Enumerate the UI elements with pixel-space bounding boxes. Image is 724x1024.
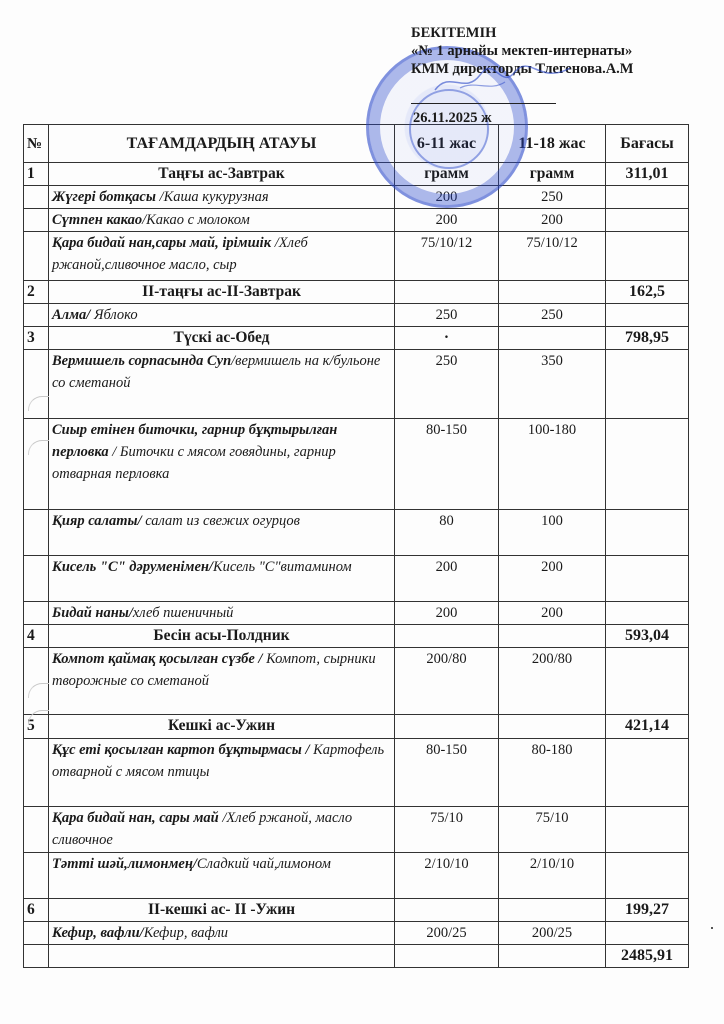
- dish-number-cell: [24, 648, 49, 715]
- section-number: 4: [24, 625, 49, 648]
- dish-name-kz: Компот қаймақ қосылған сүзбе /: [52, 651, 262, 667]
- section-unit-11-18: [499, 715, 606, 739]
- section-unit-6-11: [395, 625, 499, 648]
- dish-number-cell: [24, 186, 49, 209]
- dish-portion-11-18: 200/25: [499, 922, 606, 945]
- dish-name: Қара бидай нан,сары май, ірімшік /Хлеб р…: [49, 232, 395, 281]
- dish-portion-11-18: 250: [499, 304, 606, 327]
- dish-number-cell: [24, 304, 49, 327]
- dish-name: Алма/ Яблоко: [49, 304, 395, 327]
- dish-price-cell: [606, 209, 689, 232]
- section-unit-11-18: [499, 281, 606, 304]
- dish-portion-6-11: 200: [395, 209, 499, 232]
- dish-price-cell: [606, 648, 689, 715]
- section-row: 6ІІ-кешкі ас- ІІ -Ужин199,27: [24, 899, 689, 922]
- dish-portion-11-18: 75/10/12: [499, 232, 606, 281]
- dish-price-cell: [606, 419, 689, 510]
- dish-portion-11-18: 2/10/10: [499, 853, 606, 899]
- dish-portion-6-11: 250: [395, 304, 499, 327]
- total-row: 2485,91: [24, 945, 689, 968]
- total-empty-cell: [24, 945, 49, 968]
- dish-number-cell: [24, 209, 49, 232]
- approval-title: БЕКІТЕМІН: [411, 24, 711, 42]
- dish-name: Құс еті қосылған картоп бұқтырмасы / Кар…: [49, 739, 395, 807]
- section-title: ІІ-кешкі ас- ІІ -Ужин: [49, 899, 395, 922]
- section-number: 2: [24, 281, 49, 304]
- section-number: 3: [24, 327, 49, 350]
- dish-row: Бидай наны/хлеб пшеничный200200: [24, 602, 689, 625]
- section-title: Бесін асы-Полдник: [49, 625, 395, 648]
- dish-portion-11-18: 350: [499, 350, 606, 419]
- signature-icon: [430, 60, 580, 100]
- dish-name-kz: Қара бидай нан, сары май: [52, 810, 219, 826]
- dish-name-ru: Яблоко: [90, 307, 137, 323]
- section-unit-11-18: [499, 625, 606, 648]
- dish-name-kz: Кефир, вафли/: [52, 925, 144, 941]
- dish-number-cell: [24, 419, 49, 510]
- section-price: 593,04: [606, 625, 689, 648]
- section-unit-6-11: [395, 899, 499, 922]
- dish-name-ru: Сладкий чай,лимоном: [197, 856, 331, 872]
- total-empty-cell: [49, 945, 395, 968]
- dish-portion-11-18: 200: [499, 209, 606, 232]
- approval-date: 26.11.2025 ж: [413, 109, 492, 127]
- dish-name-kz: Қияр салаты/: [52, 513, 142, 529]
- section-price: 421,14: [606, 715, 689, 739]
- dish-name: Қияр салаты/ салат из свежих огурцов: [49, 510, 395, 556]
- dish-portion-11-18: 200/80: [499, 648, 606, 715]
- header-row: № ТАҒАМДАРДЫҢ АТАУЫ 6-11 жас 11-18 жас Б…: [24, 125, 689, 163]
- section-unit-6-11: ·: [395, 327, 499, 350]
- dish-portion-6-11: 80: [395, 510, 499, 556]
- dish-portion-6-11: 80-150: [395, 739, 499, 807]
- dish-row: Тәтті шәй,лимонмең/Сладкий чай,лимоном2/…: [24, 853, 689, 899]
- dish-name-kz: Тәтті шәй,лимонмең/: [52, 856, 197, 872]
- section-unit-11-18: [499, 899, 606, 922]
- section-number: 6: [24, 899, 49, 922]
- dish-price-cell: [606, 922, 689, 945]
- dish-price-cell: [606, 510, 689, 556]
- section-number: 1: [24, 163, 49, 186]
- dish-number-cell: [24, 807, 49, 853]
- stray-mark: [711, 927, 713, 929]
- dish-name-kz: Алма/: [52, 307, 90, 323]
- section-row: 3Түскі ас-Обед·798,95: [24, 327, 689, 350]
- dish-price-cell: [606, 807, 689, 853]
- dish-price-cell: [606, 350, 689, 419]
- dish-name: Компот қаймақ қосылған сүзбе / Компот, с…: [49, 648, 395, 715]
- dish-name: Сиыр етінен биточки, гарнир бұқтырылған …: [49, 419, 395, 510]
- section-unit-11-18: [499, 327, 606, 350]
- header-age-11-18: 11-18 жас: [499, 125, 606, 163]
- dish-number-cell: [24, 232, 49, 281]
- dish-row: Вермишель сорпасында Суп/вермишель на к/…: [24, 350, 689, 419]
- dish-portion-11-18: 250: [499, 186, 606, 209]
- signature-line: [411, 103, 556, 104]
- dish-name: Жүгері ботқасы /Каша кукурузная: [49, 186, 395, 209]
- dish-name: Кефир, вафли/Кефир, вафли: [49, 922, 395, 945]
- section-row: 4Бесін асы-Полдник593,04: [24, 625, 689, 648]
- dish-portion-6-11: 200: [395, 556, 499, 602]
- dish-portion-11-18: 80-180: [499, 739, 606, 807]
- dish-price-cell: [606, 232, 689, 281]
- dish-price-cell: [606, 186, 689, 209]
- dish-number-cell: [24, 602, 49, 625]
- dish-number-cell: [24, 739, 49, 807]
- dish-number-cell: [24, 922, 49, 945]
- dish-portion-6-11: 200/25: [395, 922, 499, 945]
- dish-row: Қара бидай нан, сары май /Хлеб ржаной, м…: [24, 807, 689, 853]
- dish-row: Сүтпен какао/Какао с молоком200200: [24, 209, 689, 232]
- dish-portion-6-11: 200: [395, 602, 499, 625]
- dish-portion-6-11: 200: [395, 186, 499, 209]
- dish-name-ru: Кефир, вафли: [144, 925, 228, 941]
- dish-portion-11-18: 200: [499, 556, 606, 602]
- section-unit-6-11: [395, 281, 499, 304]
- dish-name-kz: Құс еті қосылған картоп бұқтырмасы /: [52, 742, 310, 758]
- dish-portion-6-11: 200/80: [395, 648, 499, 715]
- dish-price-cell: [606, 602, 689, 625]
- section-unit-6-11: грамм: [395, 163, 499, 186]
- dish-row: Жүгері ботқасы /Каша кукурузная200250: [24, 186, 689, 209]
- dish-price-cell: [606, 556, 689, 602]
- dish-name: Вермишель сорпасында Суп/вермишель на к/…: [49, 350, 395, 419]
- header-price: Бағасы: [606, 125, 689, 163]
- dish-row: Қара бидай нан,сары май, ірімшік /Хлеб р…: [24, 232, 689, 281]
- dish-price-cell: [606, 853, 689, 899]
- dish-portion-6-11: 80-150: [395, 419, 499, 510]
- dish-name: Тәтті шәй,лимонмең/Сладкий чай,лимоном: [49, 853, 395, 899]
- dish-portion-6-11: 250: [395, 350, 499, 419]
- dish-name: Қара бидай нан, сары май /Хлеб ржаной, м…: [49, 807, 395, 853]
- dish-row: Компот қаймақ қосылған сүзбе / Компот, с…: [24, 648, 689, 715]
- dish-name-kz: Вермишель сорпасында Суп: [52, 353, 231, 369]
- section-row: 1Таңғы ас-Завтракграммграмм311,01: [24, 163, 689, 186]
- dish-row: Құс еті қосылған картоп бұқтырмасы / Кар…: [24, 739, 689, 807]
- dish-portion-11-18: 75/10: [499, 807, 606, 853]
- dish-name-kz: Бидай наны/: [52, 605, 133, 621]
- total-empty-cell: [395, 945, 499, 968]
- dish-portion-6-11: 75/10: [395, 807, 499, 853]
- dish-row: Сиыр етінен биточки, гарнир бұқтырылған …: [24, 419, 689, 510]
- dish-row: Қияр салаты/ салат из свежих огурцов8010…: [24, 510, 689, 556]
- section-price: 199,27: [606, 899, 689, 922]
- section-price: 798,95: [606, 327, 689, 350]
- dish-name-ru: хлеб пшеничный: [133, 605, 234, 621]
- dish-price-cell: [606, 739, 689, 807]
- section-title: Түскі ас-Обед: [49, 327, 395, 350]
- section-price: 311,01: [606, 163, 689, 186]
- dish-name-ru: Кисель "С"витамином: [213, 559, 352, 575]
- header-no: №: [24, 125, 49, 163]
- dish-row: Алма/ Яблоко250250: [24, 304, 689, 327]
- dish-name-ru: /Какао с молоком: [142, 212, 250, 228]
- menu-body: 1Таңғы ас-Завтракграммграмм311,01Жүгері …: [24, 163, 689, 968]
- section-price: 162,5: [606, 281, 689, 304]
- dish-portion-11-18: 100: [499, 510, 606, 556]
- dish-name: Бидай наны/хлеб пшеничный: [49, 602, 395, 625]
- dish-portion-6-11: 2/10/10: [395, 853, 499, 899]
- total-price: 2485,91: [606, 945, 689, 968]
- dish-row: Кефир, вафли/Кефир, вафли200/25200/25: [24, 922, 689, 945]
- dish-name-ru: /Каша кукурузная: [156, 189, 269, 205]
- approval-org: «№ 1 арнайы мектеп-интернаты»: [411, 42, 711, 60]
- dish-name: Кисель "С" дәруменімен/Кисель "С"витамин…: [49, 556, 395, 602]
- dish-portion-11-18: 200: [499, 602, 606, 625]
- dish-number-cell: [24, 510, 49, 556]
- header-name: ТАҒАМДАРДЫҢ АТАУЫ: [49, 125, 395, 163]
- dish-price-cell: [606, 304, 689, 327]
- dish-name-kz: Сүтпен какао: [52, 212, 142, 228]
- dish-number-cell: [24, 556, 49, 602]
- dish-name-kz: Кисель "С" дәруменімен/: [52, 559, 213, 575]
- header-age-6-11: 6-11 жас: [395, 125, 499, 163]
- dish-portion-11-18: 100-180: [499, 419, 606, 510]
- section-row: 5Кешкі ас-Ужин421,14: [24, 715, 689, 739]
- section-title: Таңғы ас-Завтрак: [49, 163, 395, 186]
- section-title: Кешкі ас-Ужин: [49, 715, 395, 739]
- section-unit-11-18: грамм: [499, 163, 606, 186]
- menu-table: № ТАҒАМДАРДЫҢ АТАУЫ 6-11 жас 11-18 жас Б…: [23, 124, 689, 968]
- total-empty-cell: [499, 945, 606, 968]
- dish-number-cell: [24, 853, 49, 899]
- section-row: 2ІІ-таңғы ас-ІІ-Завтрак162,5: [24, 281, 689, 304]
- dish-name-ru: салат из свежих огурцов: [142, 513, 300, 529]
- section-title: ІІ-таңғы ас-ІІ-Завтрак: [49, 281, 395, 304]
- dish-name-kz: Жүгері ботқасы: [52, 189, 156, 205]
- dish-portion-6-11: 75/10/12: [395, 232, 499, 281]
- dish-row: Кисель "С" дәруменімен/Кисель "С"витамин…: [24, 556, 689, 602]
- section-unit-6-11: [395, 715, 499, 739]
- dish-name: Сүтпен какао/Какао с молоком: [49, 209, 395, 232]
- dish-name-kz: Қара бидай нан,сары май, ірімшік: [52, 235, 271, 251]
